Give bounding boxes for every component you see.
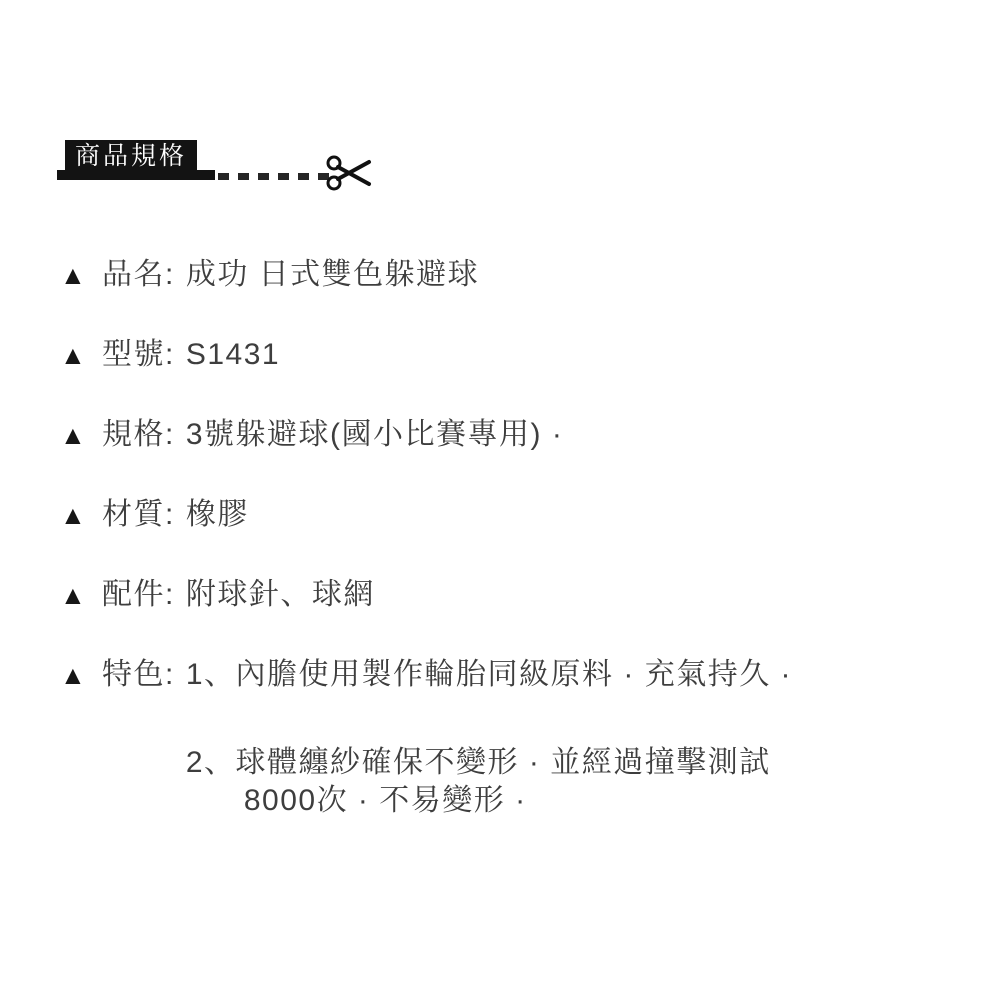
spec-label: 特色: xyxy=(102,658,175,692)
triangle-bullet-icon: ▲ xyxy=(60,498,102,532)
spec-label: 材質: xyxy=(102,498,175,532)
spec-value: 3號躲避球(國小比賽專用) · xyxy=(186,418,564,452)
dashed-cut-line xyxy=(218,173,330,180)
triangle-bullet-icon: ▲ xyxy=(60,658,102,692)
spec-value: S1431 xyxy=(186,338,280,372)
spec-label: 品名: xyxy=(102,258,175,292)
spec-list: ▲ 品名: 成功 日式雙色躲避球 ▲ 型號: S1431 ▲ 規格: 3號躲避球… xyxy=(60,258,960,864)
spec-row-features: ▲ 特色: 1、內膽使用製作輪胎同級原料 · 充氣持久 · 2、球體纏紗確保不變… xyxy=(60,658,960,818)
triangle-bullet-icon: ▲ xyxy=(60,418,102,452)
spec-row-product-name: ▲ 品名: 成功 日式雙色躲避球 xyxy=(60,258,960,292)
feature-line-1: 1、內膽使用製作輪胎同級原料 · 充氣持久 · xyxy=(186,658,960,692)
spec-value: 附球針、球網 xyxy=(186,578,375,612)
scissors-icon xyxy=(325,150,373,196)
feature-content: 1、內膽使用製作輪胎同級原料 · 充氣持久 · 2、球體纏紗確保不變形 · 並經… xyxy=(186,658,960,818)
spec-row-specification: ▲ 規格: 3號躲避球(國小比賽專用) · xyxy=(60,418,960,452)
spec-row-accessories: ▲ 配件: 附球針、球網 xyxy=(60,578,960,612)
product-spec-page: 商品規格 ▲ 品名: 成功 日式雙色躲避球 ▲ 型號: S1431 ▲ 規格: … xyxy=(0,0,1000,1000)
section-header: 商品規格 xyxy=(57,140,457,210)
feature-line-2: 2、球體纏紗確保不變形 · 並經過撞擊測試 xyxy=(186,746,960,780)
triangle-bullet-icon: ▲ xyxy=(60,338,102,372)
spec-value: 成功 日式雙色躲避球 xyxy=(186,258,479,292)
spec-label: 配件: xyxy=(102,578,175,612)
triangle-bullet-icon: ▲ xyxy=(60,578,102,612)
feature-line-3: 8000次 · 不易變形 · xyxy=(186,784,960,818)
spec-row-material: ▲ 材質: 橡膠 xyxy=(60,498,960,532)
spec-value: 橡膠 xyxy=(186,498,249,532)
spec-label: 型號: xyxy=(102,338,175,372)
triangle-bullet-icon: ▲ xyxy=(60,258,102,292)
spec-row-model-number: ▲ 型號: S1431 xyxy=(60,338,960,372)
section-title: 商品規格 xyxy=(65,140,197,172)
spec-label: 規格: xyxy=(102,418,175,452)
